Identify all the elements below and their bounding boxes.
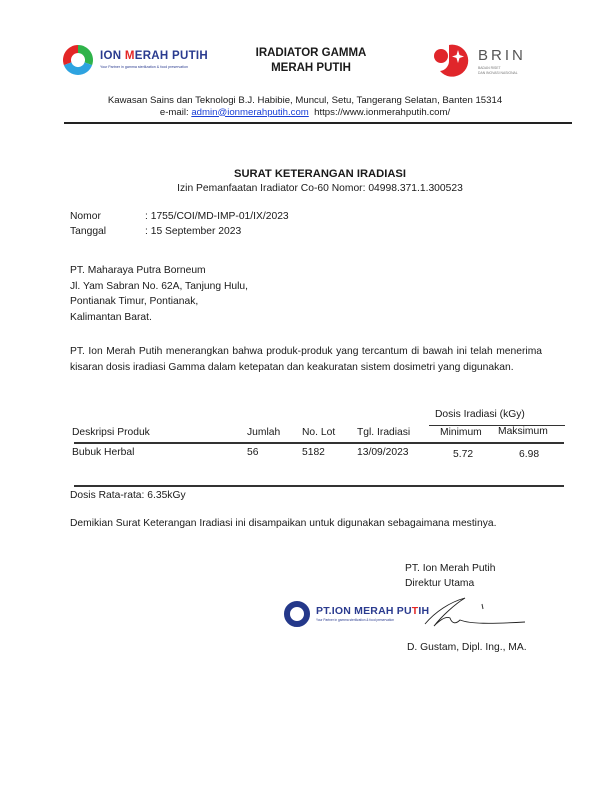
addressee-block: PT. Maharaya Putra Borneum Jl. Yam Sabra… [70,263,248,325]
logo-title: ION MERAH PUTIH [100,50,208,62]
col-header-minimum: Minimum [440,427,482,438]
email-label: e-mail: [160,107,191,118]
handwritten-signature-icon [420,590,530,630]
col-header-product: Deskripsi Produk [72,427,150,438]
meta-label: Tanggal [70,226,106,237]
ion-merah-putih-logo: ION MERAH PUTIH Your Partner in gamma st… [60,42,230,82]
brin-sub-line2: DAN INOVASI NASIONAL [478,71,518,76]
col-header-lot: No. Lot [302,427,335,438]
meta-label: Nomor [70,211,101,222]
letterhead-title: IRADIATOR GAMMA MERAH PUTIH [226,46,396,76]
cell-lot: 5182 [302,447,325,458]
addressee-line: Kalimantan Barat. [70,310,248,326]
signatory-position: Direktur Utama [405,576,495,591]
addressee-line: Jl. Yam Sabran No. 62A, Tanjung Hulu, [70,279,248,295]
brin-subtitle: BADAN RISET DAN INOVASI NASIONAL [478,66,518,75]
logo-tagline: Your Partner in gamma sterilization & fo… [100,65,188,69]
body-paragraph: PT. Ion Merah Putih menerangkan bahwa pr… [70,344,542,375]
letterhead-title-line2: MERAH PUTIH [226,61,396,76]
table-header-rule [74,442,564,444]
meta-value: : 15 September 2023 [145,226,241,237]
table-bottom-rule [74,485,564,487]
col-header-date: Tgl. Iradiasi [357,427,410,438]
brin-wordmark: BRIN [478,47,526,64]
irradiation-table: Dosis Iradiasi (kGy) Deskripsi Produk Ju… [60,405,560,487]
signatory-company: PT. Ion Merah Putih [405,561,495,576]
cell-product: Bubuk Herbal [72,447,134,458]
addressee-line: PT. Maharaya Putra Borneum [70,263,248,279]
stamp-tagline: Your Partner in gamma sterilization & fo… [316,618,394,622]
address-text: Kawasan Sains dan Teknologi B.J. Habibie… [60,95,550,107]
stamp-title: PT.ION MERAH PUTIH [316,605,429,617]
signatory-name: D. Gustam, Dipl. Ing., MA. [407,642,527,653]
cell-quantity: 56 [247,447,258,458]
email-link[interactable]: admin@ionmerahputih.com [191,107,308,118]
cell-minimum: 5.72 [453,449,473,460]
closing-statement: Demikian Surat Keterangan Iradiasi ini d… [70,518,496,529]
addressee-line: Pontianak Timur, Pontianak, [70,294,248,310]
company-stamp: PT.ION MERAH PUTIH Your Partner in gamma… [283,600,443,630]
average-dose: Dosis Rata-rata: 6.35kGy [70,490,186,501]
cell-maximum: 6.98 [519,449,539,460]
brin-logo: BRIN BADAN RISET DAN INOVASI NASIONAL [432,43,552,83]
letterhead-title-line1: IRADIATOR GAMMA [226,46,396,61]
stamp-ring-icon [283,600,311,628]
meta-value: : 1755/COI/MD-IMP-01/IX/2023 [145,211,289,222]
col-header-maximum: Maksimum [498,426,548,437]
brin-icon [432,43,472,79]
col-header-quantity: Jumlah [247,427,280,438]
header-divider [64,122,572,124]
cell-date: 13/09/2023 [357,447,409,458]
ion-merah-putih-ring-icon [60,42,96,78]
letterhead-address: Kawasan Sains dan Teknologi B.J. Habibie… [60,95,550,118]
website-link[interactable]: https://www.ionmerahputih.com/ [314,107,450,118]
document-subtitle: Izin Pemanfaatan Iradiator Co-60 Nomor: … [60,183,580,194]
document-title: SURAT KETERANGAN IRADIASI [60,168,580,180]
dose-group-header: Dosis Iradiasi (kGy) [435,409,525,420]
contact-line: e-mail: admin@ionmerahputih.com https://… [60,107,550,119]
signatory-block: PT. Ion Merah Putih Direktur Utama [405,561,495,591]
